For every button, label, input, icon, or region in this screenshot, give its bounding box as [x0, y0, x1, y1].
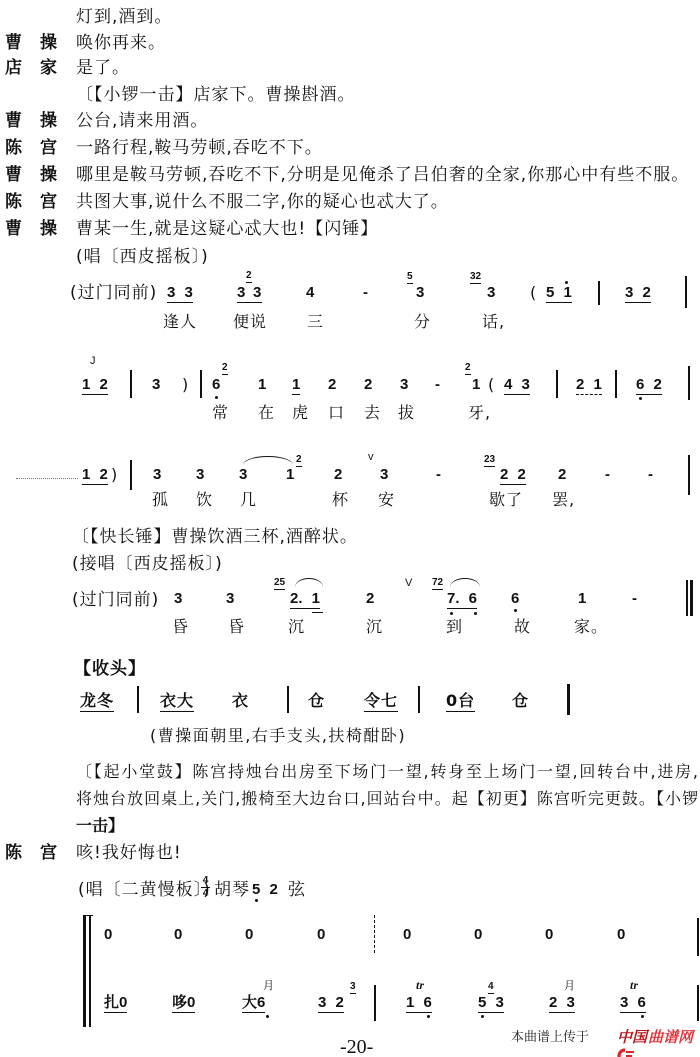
lyric: 三 — [307, 313, 324, 331]
note: 2 — [558, 467, 566, 483]
articulation-mark: J — [90, 356, 96, 367]
grace-note: 23 — [484, 455, 495, 467]
speaker-name: 曹操 — [5, 165, 75, 185]
rest: 0 — [245, 927, 253, 943]
close-paren: ) — [182, 377, 188, 393]
lyric: 昏 — [228, 618, 245, 636]
trill-mark: tr — [416, 979, 424, 991]
note: 3 2 — [318, 995, 344, 1013]
time-signature: 4 4 — [201, 876, 210, 899]
double-bar-line — [690, 580, 693, 616]
note: 3 2 — [625, 285, 651, 303]
system-bracket — [83, 915, 86, 1027]
octave-dot-below — [641, 1015, 644, 1018]
stage-direction-paragraph-line: 将烛台放回桌上,关门,搬椅至大边台口,回站台中。起【初更】陈宫听完更鼓。【小锣 — [76, 789, 698, 809]
rest: 0 — [317, 927, 325, 943]
percussion-beat: 令七 — [364, 692, 398, 712]
lyric: 歇了 — [489, 491, 523, 509]
aria-cue-text: (唱〔西皮摇板〕) — [76, 247, 209, 267]
site-name-part: 曲谱网 — [648, 1029, 693, 1045]
rest: 0 — [403, 927, 411, 943]
dialogue-text: 一路行程,鞍马劳顿,吞吃不下。 — [76, 138, 323, 158]
dialogue-text: 唤你再来。 — [76, 33, 166, 53]
lyric: 杯 — [332, 491, 349, 509]
percussion-beat: 仓 — [308, 692, 325, 710]
lyric: 沉 — [366, 618, 383, 636]
speaker-name: 陈宫 — [5, 138, 75, 158]
bar-line — [615, 370, 617, 398]
note: 1 2 — [82, 377, 108, 395]
sustain-dash: - — [436, 467, 441, 483]
site-name-part: 中国 — [617, 1029, 647, 1045]
percussion-note: 扎0 — [104, 995, 127, 1013]
grace-note: 32 — [470, 272, 481, 284]
percussion-beat: 衣 — [232, 692, 249, 710]
aria-cue-text: (唱〔二黄慢板〕) — [78, 880, 211, 900]
ornament-mark: 月 — [263, 981, 274, 992]
tuning-notes: 5 2 — [252, 882, 278, 898]
note: 3 — [253, 285, 261, 301]
note: 3 6 — [620, 995, 646, 1013]
system-bracket-hook — [83, 915, 93, 916]
dialogue-text: 曹某一生,就是这疑心忒大也!【闪锤】 — [76, 219, 378, 239]
percussion-label: 【收头】 — [74, 659, 146, 679]
lyric: 昏 — [172, 618, 189, 636]
bar-line — [556, 370, 558, 398]
speaker-name: 曹操 — [5, 111, 75, 131]
note: 3 — [239, 467, 247, 483]
octave-dot-below — [427, 1015, 430, 1018]
grace-note: 2 — [465, 363, 471, 375]
note: 3 — [380, 467, 388, 483]
beam-underline — [312, 612, 323, 613]
octave-dot-below — [639, 397, 642, 400]
octave-dot-below — [266, 1015, 269, 1018]
system-bracket — [89, 915, 91, 1027]
dialogue-line: 灯到,酒到。 — [0, 7, 700, 29]
bar-line — [598, 281, 600, 305]
octave-dot-below — [514, 609, 517, 612]
slur-arc — [450, 578, 480, 587]
lyric: 罢, — [552, 491, 575, 509]
lyric: 分 — [414, 313, 431, 331]
watermark-text: 本曲谱上传于 — [511, 1029, 589, 1045]
bar-line — [137, 686, 139, 713]
note: 3 — [226, 591, 234, 607]
note: 2 — [328, 377, 336, 393]
speaker-name: 曹操 — [5, 33, 75, 53]
stage-direction-paragraph-line: 一击】 — [76, 816, 698, 836]
lyric: 便说 — [233, 313, 267, 331]
lyric: 在 — [258, 404, 275, 422]
dialogue-text: 是了。 — [76, 58, 130, 78]
octave-dot-below — [481, 1015, 484, 1018]
close-paren: ) — [111, 467, 117, 483]
lyric: 去 — [364, 404, 381, 422]
note: 2 3 — [549, 995, 575, 1013]
note: 3 — [152, 377, 160, 393]
grace-note: 4 — [488, 982, 494, 994]
note: 2. 1 — [290, 591, 320, 609]
note: 3 — [400, 377, 408, 393]
slur-arc — [295, 578, 323, 587]
octave-dot-below — [474, 612, 477, 615]
note: 3 — [416, 285, 424, 301]
open-paren: ( — [530, 285, 536, 301]
rest: 0 — [474, 927, 482, 943]
note: 1 2 — [82, 467, 108, 485]
stage-direction-text: 〔【小锣一击】店家下。曹操斟酒。 — [76, 85, 356, 105]
dialogue-text: 公台,请来用酒。 — [76, 111, 208, 131]
sustain-dash: - — [632, 591, 637, 607]
bar-line — [697, 985, 699, 1021]
stage-note: (曹操面朝里,右手支头,扶椅酣卧) — [150, 727, 406, 745]
lyric: 常 — [212, 404, 229, 422]
speaker-name: 陈宫 — [5, 192, 75, 212]
dialogue-line: 陈宫 共图大事,说什么不服二字,你的疑心也忒大了。 — [0, 192, 700, 214]
octave-dot-below — [255, 899, 258, 902]
page-number: -20- — [340, 1036, 373, 1057]
octave-dot-below — [215, 396, 218, 399]
beam-underline — [237, 302, 262, 303]
sustain-dash: - — [435, 377, 440, 393]
bar-line — [287, 686, 289, 713]
grace-note: 2 — [222, 363, 228, 375]
rest: 0 — [174, 927, 182, 943]
grace-note: 3 — [350, 982, 356, 994]
grace-note: 25 — [274, 578, 285, 590]
grace-note: 2 — [296, 455, 302, 467]
aria-cue-text: (接唱〔西皮摇板〕) — [72, 554, 223, 574]
dotted-leader — [16, 478, 78, 479]
dialogue-line: 曹操 曹某一生,就是这疑心忒大也!【闪锤】 — [0, 219, 700, 241]
score-page: 灯到,酒到。 曹操 唤你再来。 店家 是了。 〔【小锣一击】店家下。曹操斟酒。 … — [0, 0, 700, 1057]
note: 2 — [364, 377, 372, 393]
note: 3 — [487, 285, 495, 301]
grace-note: 5 — [407, 272, 413, 284]
lyric: 安 — [378, 491, 395, 509]
bar-line — [688, 455, 690, 495]
dialogue-text: 咳!我好悔也! — [76, 843, 182, 863]
dialogue-line: 陈宫 一路行程,鞍马劳顿,吞吃不下。 — [0, 138, 700, 160]
note: 2 1 — [576, 377, 602, 395]
note: 1 — [258, 377, 266, 393]
lyric: 家。 — [574, 618, 608, 636]
lyric: 话, — [482, 313, 505, 331]
bar-line — [130, 460, 132, 490]
slur-arc — [243, 456, 293, 465]
speaker-name: 曹操 — [5, 219, 75, 239]
octave-dot-below — [450, 612, 453, 615]
note: 3 — [174, 591, 182, 607]
percussion-beat: 0台 — [446, 692, 475, 712]
percussion-note: 哆0 — [172, 995, 195, 1013]
lyric: 到 — [446, 618, 463, 636]
bar-line — [688, 366, 690, 400]
percussion-beat: 衣大 — [160, 692, 194, 712]
bar-line — [418, 686, 420, 713]
note: 6 — [212, 377, 220, 393]
note: 4 3 — [504, 377, 530, 395]
note: 1 — [286, 467, 294, 483]
note: 1 — [578, 591, 586, 607]
speaker-name: 店家 — [5, 58, 75, 78]
lyric: 沉 — [288, 618, 305, 636]
bar-line — [697, 918, 699, 956]
octave-dot-above — [565, 281, 568, 284]
stage-direction-line: 〔【小锣一击】店家下。曹操斟酒。 — [0, 85, 700, 107]
bar-line — [130, 370, 132, 398]
dialogue-line: 店家 是了。 — [0, 58, 700, 80]
breath-mark: V — [405, 578, 412, 589]
lyric: 虎 — [292, 404, 309, 422]
lyric: 故 — [514, 618, 531, 636]
instrument-label: 胡琴 — [214, 880, 250, 900]
time-signature-top: 4 — [201, 876, 210, 886]
note: 2 — [366, 591, 374, 607]
rest: 0 — [617, 927, 625, 943]
dialogue-line: 陈宫 咳!我好悔也! — [0, 843, 700, 865]
note: 4 — [306, 285, 314, 301]
bar-line — [374, 985, 376, 1021]
speaker-name: 陈宫 — [5, 843, 75, 863]
grace-note: 2 — [246, 271, 252, 283]
dialogue-line: 曹操 公台,请来用酒。 — [0, 111, 700, 133]
lyric: 牙, — [468, 404, 491, 422]
percussion-beat: 龙冬 — [80, 692, 114, 712]
note: 5 1 — [546, 285, 572, 303]
percussion-note: 大6 — [242, 995, 265, 1013]
lyric: 饮 — [196, 491, 213, 509]
note: 2 — [334, 467, 342, 483]
percussion-beat: 仓 — [512, 692, 529, 710]
lyric: 口 — [328, 404, 345, 422]
note: 1 — [472, 377, 480, 393]
note: 3 — [153, 467, 161, 483]
note: 3 3 — [167, 285, 193, 303]
dialogue-line: 曹操 哪里是鞍马劳顿,吞吃不下,分明是见俺杀了吕伯奢的全家,你那心中有些不服。 — [0, 165, 700, 187]
end-bar-line — [567, 684, 570, 715]
rest: 0 — [104, 927, 112, 943]
note: 3 — [196, 467, 204, 483]
stage-direction-paragraph-line: 〔【起小堂鼓】陈宫持烛台出房至下场门一望,转身至上场门一望,回转台中,进房, — [76, 762, 698, 782]
sustain-dash: - — [363, 285, 368, 301]
dialogue-text: 灯到,酒到。 — [76, 7, 172, 27]
lyric: 孤 — [152, 491, 169, 509]
dialogue-text: 共图大事,说什么不服二字,你的疑心也忒大了。 — [76, 192, 449, 212]
sustain-dash: - — [648, 467, 653, 483]
sustain-dash: - — [605, 467, 610, 483]
bar-line — [200, 370, 202, 398]
note: 5 3 — [478, 995, 504, 1013]
lyric: 逢人 — [163, 313, 197, 331]
bar-line — [374, 915, 375, 953]
grace-note: 72 — [432, 578, 443, 590]
lyric: 几 — [240, 491, 257, 509]
open-paren: ( — [488, 377, 494, 393]
bar-line — [685, 276, 687, 308]
breath-mark: v — [368, 452, 374, 463]
dialogue-line: 曹操 唤你再来。 — [0, 33, 700, 55]
double-bar-line — [686, 580, 688, 616]
note: 1 6 — [406, 995, 432, 1013]
note: 7. 6 — [447, 591, 477, 609]
string-label: 弦 — [288, 880, 306, 900]
interlude-prefix: (过门同前) — [72, 590, 159, 610]
stage-direction-text: 〔【快长锤】曹操饮酒三杯,酒醉状。 — [72, 527, 358, 547]
note: 3 — [237, 285, 245, 301]
lyric: 拔 — [398, 404, 415, 422]
ornament-mark: 月 — [564, 981, 575, 992]
trill-mark: tr — [630, 979, 638, 991]
note: 2 2 — [500, 467, 526, 485]
aria-cue-line: (唱〔西皮摇板〕) — [0, 247, 700, 269]
rest: 0 — [545, 927, 553, 943]
note: 6 2 — [636, 377, 662, 395]
time-signature-bottom: 4 — [201, 889, 210, 899]
site-logo-icon — [596, 1029, 615, 1045]
note: 6 — [511, 591, 519, 607]
note: 1 — [292, 377, 300, 395]
dialogue-text: 哪里是鞍马劳顿,吞吃不下,分明是见俺杀了吕伯奢的全家,你那心中有些不服。 — [76, 165, 689, 185]
interlude-prefix: (过门同前) — [70, 283, 157, 303]
